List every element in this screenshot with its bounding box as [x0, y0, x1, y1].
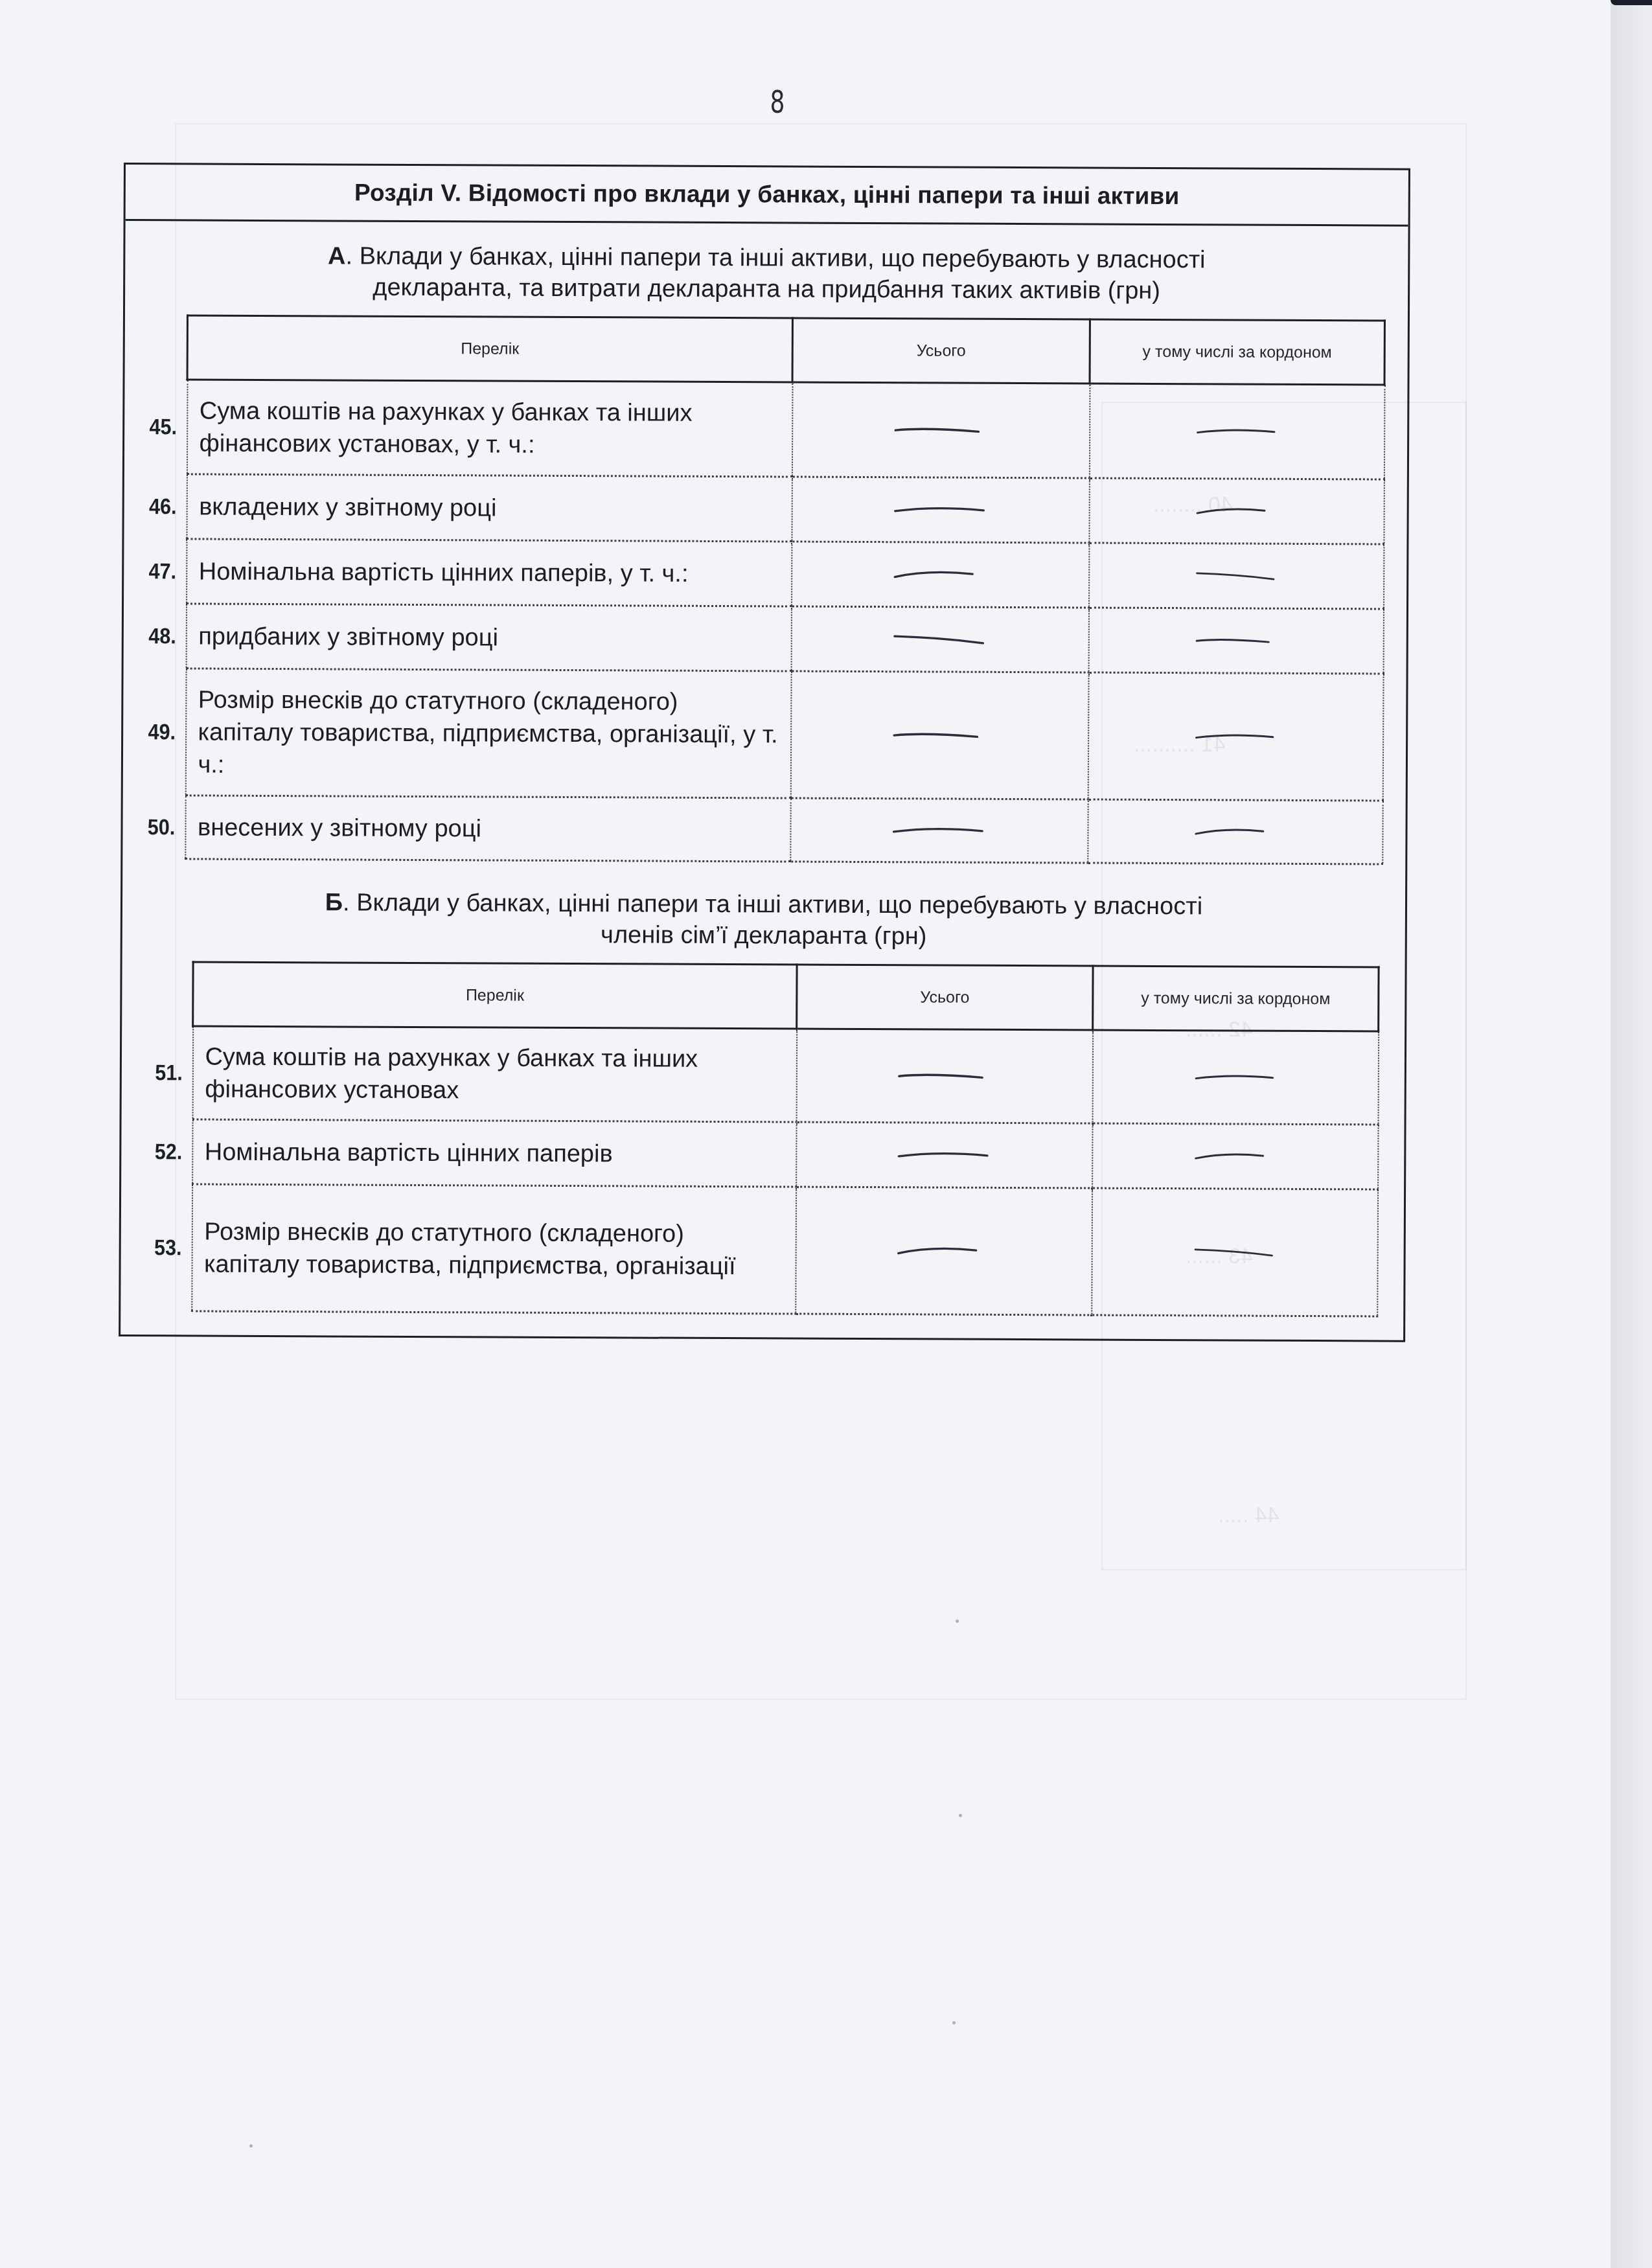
row-label: Розмір внесків до статутного (складеного… — [186, 674, 790, 792]
handwritten-dash-icon — [1193, 730, 1278, 744]
table-row: 49.Розмір внесків до статутного (складен… — [185, 669, 1383, 801]
total-value-cell — [792, 542, 1089, 608]
subsection-a-title: А. Вклади у банках, цінні папери та інші… — [125, 240, 1408, 308]
handwritten-dash-icon — [1193, 1150, 1277, 1163]
handwritten-dash-icon — [1194, 634, 1278, 648]
total-value-cell — [791, 606, 1088, 672]
table-b: Перелік Усього у тому числі за кордоном … — [190, 961, 1379, 1317]
column-header-abroad: у тому числі за кордоном — [1093, 966, 1379, 1031]
row-label-cell: 50.внесених у звітному році — [185, 796, 790, 862]
row-label-cell: 47.Номінальна вартість цінних паперів, у… — [187, 539, 792, 606]
table-a-header: Перелік Усього у тому числі за кордоном — [187, 315, 1384, 385]
subsection-b-title-line2: членів сім’ї декларанта (грн) — [601, 921, 926, 950]
abroad-value-cell — [1088, 799, 1382, 864]
handwritten-dash-icon — [882, 633, 998, 647]
table-row: 45.Сума коштів на рахунках у банках та і… — [187, 380, 1384, 479]
abroad-value-cell — [1089, 478, 1384, 544]
page-number: 8 — [763, 84, 792, 120]
scanner-edge — [1611, 0, 1652, 5]
handwritten-dash-icon — [886, 1149, 1002, 1162]
handwritten-dash-icon — [1193, 1071, 1278, 1084]
row-label-cell: 51.Сума коштів на рахунках у банках та і… — [192, 1026, 797, 1122]
scan-speck — [956, 1620, 959, 1623]
column-header-list: Перелік — [187, 315, 792, 382]
section-title: Розділ V. Відомості про вклади у банках,… — [126, 165, 1408, 227]
column-header-total: Усього — [792, 318, 1090, 384]
row-label: Номінальна вартість цінних паперів, у т.… — [187, 546, 791, 599]
column-header-list: Перелік — [193, 962, 797, 1029]
row-label-cell: 48.придбаних у звітному році — [186, 604, 791, 671]
subsection-b-title-line1: . Вклади у банках, цінні папери та інші … — [343, 889, 1202, 920]
handwritten-dash-icon — [1193, 1246, 1277, 1259]
table-row: 47.Номінальна вартість цінних паперів, у… — [187, 539, 1384, 609]
scan-speck — [249, 2144, 253, 2148]
table-b-header: Перелік Усього у тому числі за кордоном — [193, 962, 1379, 1031]
handwritten-dash-icon — [882, 424, 999, 437]
abroad-value-cell — [1088, 608, 1383, 674]
row-label-cell: 49.Розмір внесків до статутного (складен… — [185, 669, 791, 798]
abroad-value-cell — [1089, 543, 1384, 609]
total-value-cell — [796, 1029, 1093, 1123]
row-label-cell: 53.Розмір внесків до статутного (складен… — [192, 1184, 796, 1314]
row-number: 48. — [148, 620, 176, 652]
handwritten-dash-icon — [882, 503, 999, 517]
row-number: 47. — [148, 555, 176, 588]
total-value-cell — [796, 1187, 1092, 1315]
row-label: придбаних у звітному році — [187, 611, 790, 664]
abroad-value-cell — [1092, 1123, 1378, 1189]
row-label: Сума коштів на рахунках у банках та інши… — [193, 1031, 796, 1117]
subsection-a-letter: А — [328, 242, 346, 269]
handwritten-dash-icon — [882, 568, 998, 582]
column-header-total: Усього — [797, 965, 1093, 1030]
scanner-margin — [1611, 0, 1652, 2268]
handwritten-dash-icon — [1195, 425, 1279, 439]
row-label-cell: 52.Номінальна вартість цінних паперів — [192, 1119, 796, 1187]
handwritten-dash-icon — [886, 1244, 1002, 1258]
subsection-b-letter: Б — [325, 889, 343, 916]
row-number: 45. — [149, 411, 177, 443]
row-label: Номінальна вартість цінних паперів — [193, 1127, 796, 1180]
table-row: 53.Розмір внесків до статутного (складен… — [192, 1184, 1378, 1316]
row-number: 49. — [148, 716, 176, 748]
handwritten-dash-icon — [881, 729, 998, 742]
table-row: 52.Номінальна вартість цінних паперів — [192, 1119, 1378, 1189]
row-label: Розмір внесків до статутного (складеного… — [192, 1206, 796, 1292]
abroad-value-cell — [1088, 672, 1383, 801]
handwritten-dash-icon — [1195, 505, 1279, 518]
total-value-cell — [796, 1122, 1092, 1188]
handwritten-dash-icon — [1193, 825, 1277, 839]
handwritten-dash-icon — [880, 824, 997, 838]
table-row: 46.вкладених у звітному році — [187, 474, 1384, 544]
total-value-cell — [790, 798, 1088, 863]
total-value-cell — [792, 382, 1090, 478]
row-label-cell: 46.вкладених у звітному році — [187, 474, 792, 542]
table-row: 50.внесених у звітному році — [185, 796, 1382, 864]
total-value-cell — [792, 477, 1089, 543]
row-number: 51. — [155, 1057, 183, 1089]
abroad-value-cell — [1089, 384, 1384, 479]
row-label-cell: 45.Сума коштів на рахунках у банках та і… — [187, 380, 792, 477]
row-number: 46. — [148, 490, 176, 523]
scan-speck — [952, 2021, 956, 2024]
handwritten-dash-icon — [1194, 569, 1278, 583]
table-a: Перелік Усього у тому числі за кордоном … — [184, 314, 1386, 865]
total-value-cell — [790, 671, 1088, 799]
scan-speck — [959, 1814, 962, 1817]
handwritten-dash-icon — [886, 1070, 1003, 1083]
subsection-a-title-line2: декларанта, та витрати декларанта на при… — [373, 274, 1160, 304]
subsection-a-title-line1: . Вклади у банках, цінні папери та інші … — [346, 242, 1206, 273]
section-v-box: Розділ V. Відомості про вклади у банках,… — [119, 163, 1410, 1342]
subsection-b-title: Б. Вклади у банках, цінні папери та інші… — [122, 886, 1405, 954]
table-row: 51.Сума коштів на рахунках у банках та і… — [192, 1026, 1379, 1125]
table-row: 48.придбаних у звітному році — [186, 604, 1383, 674]
row-label: Сума коштів на рахунках у банках та інши… — [187, 385, 792, 471]
row-number: 50. — [147, 811, 175, 843]
abroad-value-cell — [1092, 1188, 1378, 1316]
row-number: 52. — [154, 1136, 182, 1168]
row-label: внесених у звітному році — [186, 802, 790, 855]
row-number: 53. — [154, 1231, 181, 1264]
row-label: вкладених у звітному році — [187, 481, 791, 534]
bleed-through-text: 44 ..... — [1218, 1503, 1279, 1528]
abroad-value-cell — [1092, 1030, 1379, 1125]
column-header-abroad: у тому числі за кордоном — [1090, 319, 1384, 385]
scanned-page: 40 ........ 41 .......... 42 ...... 43 .… — [0, 0, 1611, 2268]
